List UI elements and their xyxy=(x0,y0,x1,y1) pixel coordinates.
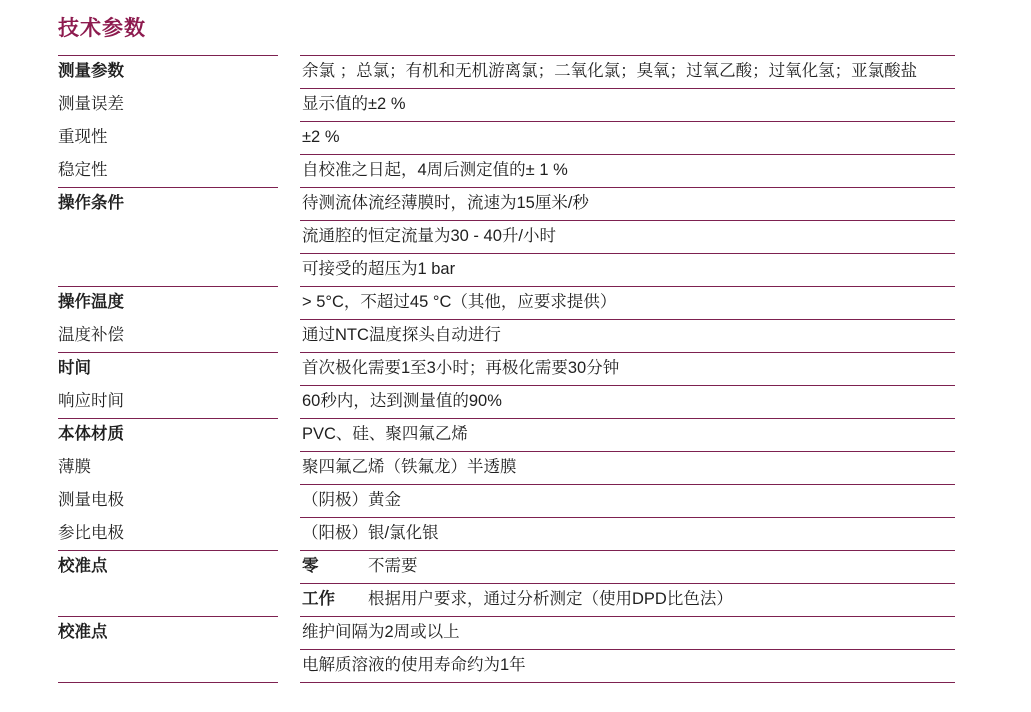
row-value-text: 自校准之日起，4周后测定值的± 1 % xyxy=(302,161,568,179)
row-label: 时间 xyxy=(58,352,278,385)
table-row: 测量电极 （阴极）黄金 xyxy=(58,484,1014,517)
row-value: 首次极化需要1至3小时；再极化需要30分钟 xyxy=(300,352,955,385)
datasheet-page: 技术参数 测量参数 余氯 ；总氯；有机和无机游离氯；二氧化氯；臭氧；过氧乙酸；过… xyxy=(0,0,1031,683)
row-value-text: > 5°C，不超过45 °C（其他，应要求提供） xyxy=(302,293,616,311)
row-label xyxy=(58,583,278,616)
row-value-text: 聚四氟乙烯（铁氟龙）半透膜 xyxy=(302,458,517,476)
row-label: 测量电极 xyxy=(58,484,278,517)
row-value: > 5°C，不超过45 °C（其他，应要求提供） xyxy=(300,286,955,319)
table-row: 校准点 维护间隔为2周或以上 xyxy=(58,616,1014,649)
row-value-text: 维护间隔为2周或以上 xyxy=(302,623,460,641)
row-value: 电解质溶液的使用寿命约为1年 xyxy=(300,649,955,682)
table-row: 测量参数 余氯 ；总氯；有机和无机游离氯；二氧化氯；臭氧；过氧乙酸；过氧化氢；亚… xyxy=(58,55,1014,88)
row-value: 余氯 ；总氯；有机和无机游离氯；二氧化氯；臭氧；过氧乙酸；过氧化氢；亚氯酸盐 xyxy=(300,55,955,88)
bottom-border-right xyxy=(300,682,955,683)
row-label: 本体材质 xyxy=(58,418,278,451)
bottom-border-left xyxy=(58,682,278,683)
row-value: （阴极）黄金 xyxy=(300,484,955,517)
table-row: 电解质溶液的使用寿命约为1年 xyxy=(58,649,1014,682)
row-value-text: 流通腔的恒定流量为30 - 40升/小时 xyxy=(302,227,556,245)
table-row: 薄膜 聚四氟乙烯（铁氟龙）半透膜 xyxy=(58,451,1014,484)
table-row: 稳定性 自校准之日起，4周后测定值的± 1 % xyxy=(58,154,1014,187)
row-value: 自校准之日起，4周后测定值的± 1 % xyxy=(300,154,955,187)
row-value: 工作根据用户要求，通过分析测定（使用DPD比色法） xyxy=(300,583,955,616)
row-value: 通过NTC温度探头自动进行 xyxy=(300,319,955,352)
row-value-text: 通过NTC温度探头自动进行 xyxy=(302,326,501,344)
table-bottom-border xyxy=(58,682,1014,683)
row-value: 流通腔的恒定流量为30 - 40升/小时 xyxy=(300,220,955,253)
row-value-text: 待测流体流经薄膜时，流速为15厘米/秒 xyxy=(302,194,589,212)
row-label: 重现性 xyxy=(58,121,278,154)
row-value: 可接受的超压为1 bar xyxy=(300,253,955,286)
row-keyword: 工作 xyxy=(302,588,368,610)
row-value-text: 电解质溶液的使用寿命约为1年 xyxy=(302,656,526,674)
spec-table: 测量参数 余氯 ；总氯；有机和无机游离氯；二氧化氯；臭氧；过氧乙酸；过氧化氢；亚… xyxy=(58,55,1014,683)
row-value-text: （阳极）银/氯化银 xyxy=(302,524,439,542)
row-label xyxy=(58,220,278,253)
table-row: 响应时间 60秒内，达到测量值的90% xyxy=(58,385,1014,418)
row-value-text: 60秒内，达到测量值的90% xyxy=(302,392,502,410)
row-value: ±2 % xyxy=(300,121,955,154)
table-row: 流通腔的恒定流量为30 - 40升/小时 xyxy=(58,220,1014,253)
table-row: 校准点 零不需要 xyxy=(58,550,1014,583)
row-label: 响应时间 xyxy=(58,385,278,418)
row-label: 参比电极 xyxy=(58,517,278,550)
row-value: 维护间隔为2周或以上 xyxy=(300,616,955,649)
row-label: 薄膜 xyxy=(58,451,278,484)
spec-table-rows: 测量参数 余氯 ；总氯；有机和无机游离氯；二氧化氯；臭氧；过氧乙酸；过氧化氢；亚… xyxy=(58,55,1014,682)
row-value-text: PVC、硅、聚四氟乙烯 xyxy=(302,425,468,443)
row-label: 温度补偿 xyxy=(58,319,278,352)
table-row: 测量误差 显示值的±2 % xyxy=(58,88,1014,121)
page-title: 技术参数 xyxy=(58,14,1031,44)
row-value: 聚四氟乙烯（铁氟龙）半透膜 xyxy=(300,451,955,484)
row-value-text: 根据用户要求，通过分析测定（使用DPD比色法） xyxy=(368,590,733,608)
row-label: 测量参数 xyxy=(58,55,278,88)
row-value: 显示值的±2 % xyxy=(300,88,955,121)
row-value-text: 可接受的超压为1 bar xyxy=(302,260,455,278)
row-value-text: （阴极）黄金 xyxy=(302,491,401,509)
table-row: 温度补偿 通过NTC温度探头自动进行 xyxy=(58,319,1014,352)
table-row: 参比电极 （阳极）银/氯化银 xyxy=(58,517,1014,550)
table-row: 时间 首次极化需要1至3小时；再极化需要30分钟 xyxy=(58,352,1014,385)
row-value: 待测流体流经薄膜时，流速为15厘米/秒 xyxy=(300,187,955,220)
table-row: 操作条件 待测流体流经薄膜时，流速为15厘米/秒 xyxy=(58,187,1014,220)
row-value: 零不需要 xyxy=(300,550,955,583)
row-label: 操作温度 xyxy=(58,286,278,319)
row-value-text: 显示值的±2 % xyxy=(302,95,406,113)
table-row: 本体材质 PVC、硅、聚四氟乙烯 xyxy=(58,418,1014,451)
row-value: 60秒内，达到测量值的90% xyxy=(300,385,955,418)
row-value-text: 不需要 xyxy=(368,557,418,575)
row-label: 操作条件 xyxy=(58,187,278,220)
row-label: 校准点 xyxy=(58,550,278,583)
row-value: （阳极）银/氯化银 xyxy=(300,517,955,550)
row-label: 测量误差 xyxy=(58,88,278,121)
table-row: 可接受的超压为1 bar xyxy=(58,253,1014,286)
row-label: 稳定性 xyxy=(58,154,278,187)
row-value: PVC、硅、聚四氟乙烯 xyxy=(300,418,955,451)
row-value-text: 余氯 ；总氯；有机和无机游离氯；二氧化氯；臭氧；过氧乙酸；过氧化氢；亚氯酸盐 xyxy=(302,62,917,80)
row-value-text: ±2 % xyxy=(302,128,340,146)
table-row: 工作根据用户要求，通过分析测定（使用DPD比色法） xyxy=(58,583,1014,616)
row-label xyxy=(58,649,278,682)
row-keyword: 零 xyxy=(302,555,368,577)
table-row: 重现性 ±2 % xyxy=(58,121,1014,154)
row-value-text: 首次极化需要1至3小时；再极化需要30分钟 xyxy=(302,359,619,377)
table-row: 操作温度 > 5°C，不超过45 °C（其他，应要求提供） xyxy=(58,286,1014,319)
row-label xyxy=(58,253,278,286)
row-label: 校准点 xyxy=(58,616,278,649)
